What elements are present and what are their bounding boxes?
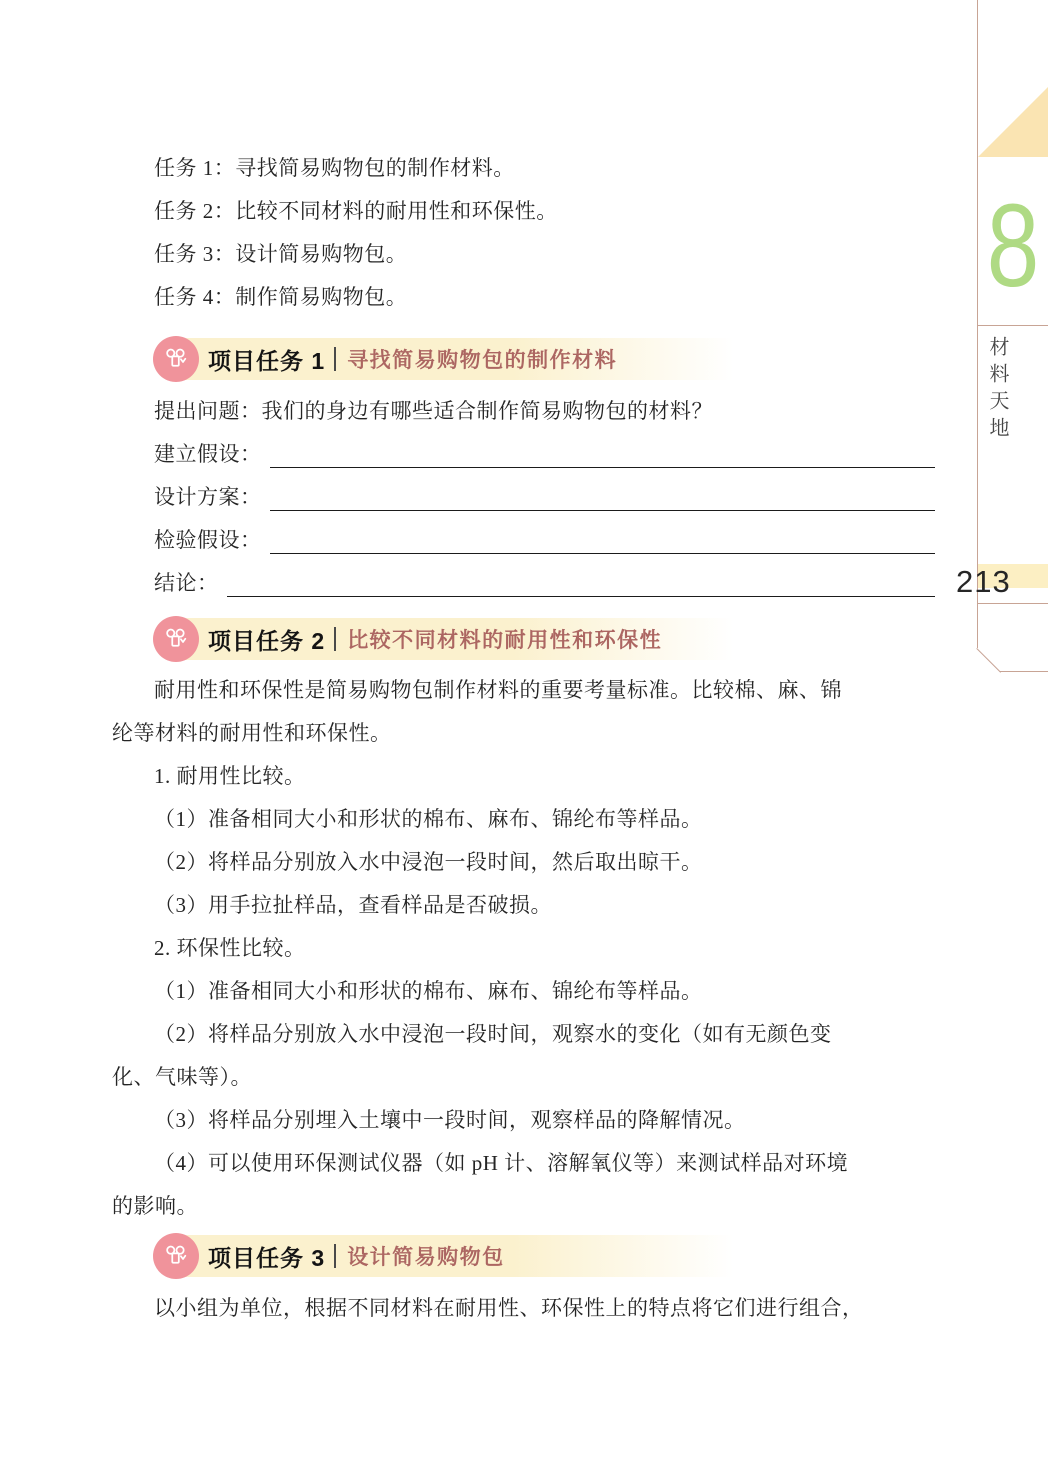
main-text-column: 任务 1：寻找简易购物包的制作材料。 任务 2：比较不同材料的耐用性和环保性。 … bbox=[112, 147, 935, 1330]
project-badge-icon bbox=[153, 1233, 199, 1279]
task-header-divider bbox=[334, 1244, 336, 1268]
form-label: 设计方案： bbox=[112, 476, 262, 519]
project-badge-icon bbox=[153, 336, 199, 382]
form-row-hypothesis: 建立假设： bbox=[112, 433, 935, 476]
chapter-tab-title: 材料天地 bbox=[983, 336, 1012, 444]
intro-task-line: 任务 2：比较不同材料的耐用性和环保性。 bbox=[112, 190, 935, 233]
step-line: （3）用手拉扯样品，查看样品是否破损。 bbox=[112, 884, 935, 927]
body-line: 以小组为单位，根据不同材料在耐用性、环保性上的特点将它们进行组合， bbox=[112, 1287, 935, 1330]
task-header-divider bbox=[334, 347, 336, 371]
form-label: 结论： bbox=[112, 562, 219, 605]
textbook-page: { "intro_tasks": [ "任务 1：寻找简易购物包的制作材料。",… bbox=[0, 0, 1048, 1474]
form-label: 建立假设： bbox=[112, 433, 262, 476]
sidebar-chamfer-line bbox=[976, 648, 1001, 673]
form-row-test: 检验假设： bbox=[112, 519, 935, 562]
step-line: （2）将样品分别放入水中浸泡一段时间，观察水的变化（如有无颜色变 bbox=[112, 1013, 935, 1056]
corner-triangle bbox=[978, 87, 1048, 157]
form-row-conclusion: 结论： bbox=[112, 562, 935, 605]
task1-question-line: 提出问题：我们的身边有哪些适合制作简易购物包的材料？ bbox=[112, 390, 935, 433]
intro-task-line: 任务 4：制作简易购物包。 bbox=[112, 276, 935, 319]
task1-label: 项目任务 1 bbox=[208, 343, 325, 376]
task3-header: 项目任务 3 设计简易购物包 bbox=[153, 1235, 935, 1277]
form-label: 检验假设： bbox=[112, 519, 262, 562]
body-line: 纶等材料的耐用性和环保性。 bbox=[112, 712, 935, 755]
answer-blank-line bbox=[270, 553, 936, 554]
page-number: 213 bbox=[956, 566, 1011, 598]
section-heading-line: 1. 耐用性比较。 bbox=[112, 755, 935, 798]
step-line: （3）将样品分别埋入土壤中一段时间，观察样品的降解情况。 bbox=[112, 1099, 935, 1142]
step-line: （1）准备相同大小和形状的棉布、麻布、锦纶布等样品。 bbox=[112, 798, 935, 841]
task-header-divider bbox=[334, 627, 336, 651]
task1-title: 寻找简易购物包的制作材料 bbox=[347, 344, 617, 374]
sidebar-divider-line bbox=[977, 603, 1048, 604]
sidebar-divider-line bbox=[977, 325, 1048, 326]
intro-task-line: 任务 3：设计简易购物包。 bbox=[112, 233, 935, 276]
answer-blank-line bbox=[227, 596, 936, 597]
project-badge-icon bbox=[153, 616, 199, 662]
section-heading-line: 2. 环保性比较。 bbox=[112, 927, 935, 970]
task2-title: 比较不同材料的耐用性和环保性 bbox=[347, 624, 662, 654]
step-line: （1）准备相同大小和形状的棉布、麻布、锦纶布等样品。 bbox=[112, 970, 935, 1013]
answer-blank-line bbox=[270, 510, 936, 511]
task2-label: 项目任务 2 bbox=[208, 623, 325, 656]
task3-label: 项目任务 3 bbox=[208, 1240, 325, 1273]
sidebar-bottom-line bbox=[1000, 671, 1048, 672]
answer-blank-line bbox=[270, 467, 936, 468]
task3-title: 设计简易购物包 bbox=[347, 1241, 505, 1271]
task2-header: 项目任务 2 比较不同材料的耐用性和环保性 bbox=[153, 618, 935, 660]
step-line: （2）将样品分别放入水中浸泡一段时间，然后取出晾干。 bbox=[112, 841, 935, 884]
step-line: （4）可以使用环保测试仪器（如 pH 计、溶解氧仪等）来测试样品对环境 bbox=[112, 1142, 935, 1185]
form-row-plan: 设计方案： bbox=[112, 476, 935, 519]
step-line: 化、气味等）。 bbox=[112, 1056, 935, 1099]
task1-header: 项目任务 1 寻找简易购物包的制作材料 bbox=[153, 338, 935, 380]
step-line: 的影响。 bbox=[112, 1185, 935, 1228]
body-line: 耐用性和环保性是简易购物包制作材料的重要考量标准。比较棉、麻、锦 bbox=[112, 669, 935, 712]
sidebar-border-line bbox=[977, 0, 978, 648]
chapter-number: 8 bbox=[985, 190, 1041, 302]
intro-task-line: 任务 1：寻找简易购物包的制作材料。 bbox=[112, 147, 935, 190]
